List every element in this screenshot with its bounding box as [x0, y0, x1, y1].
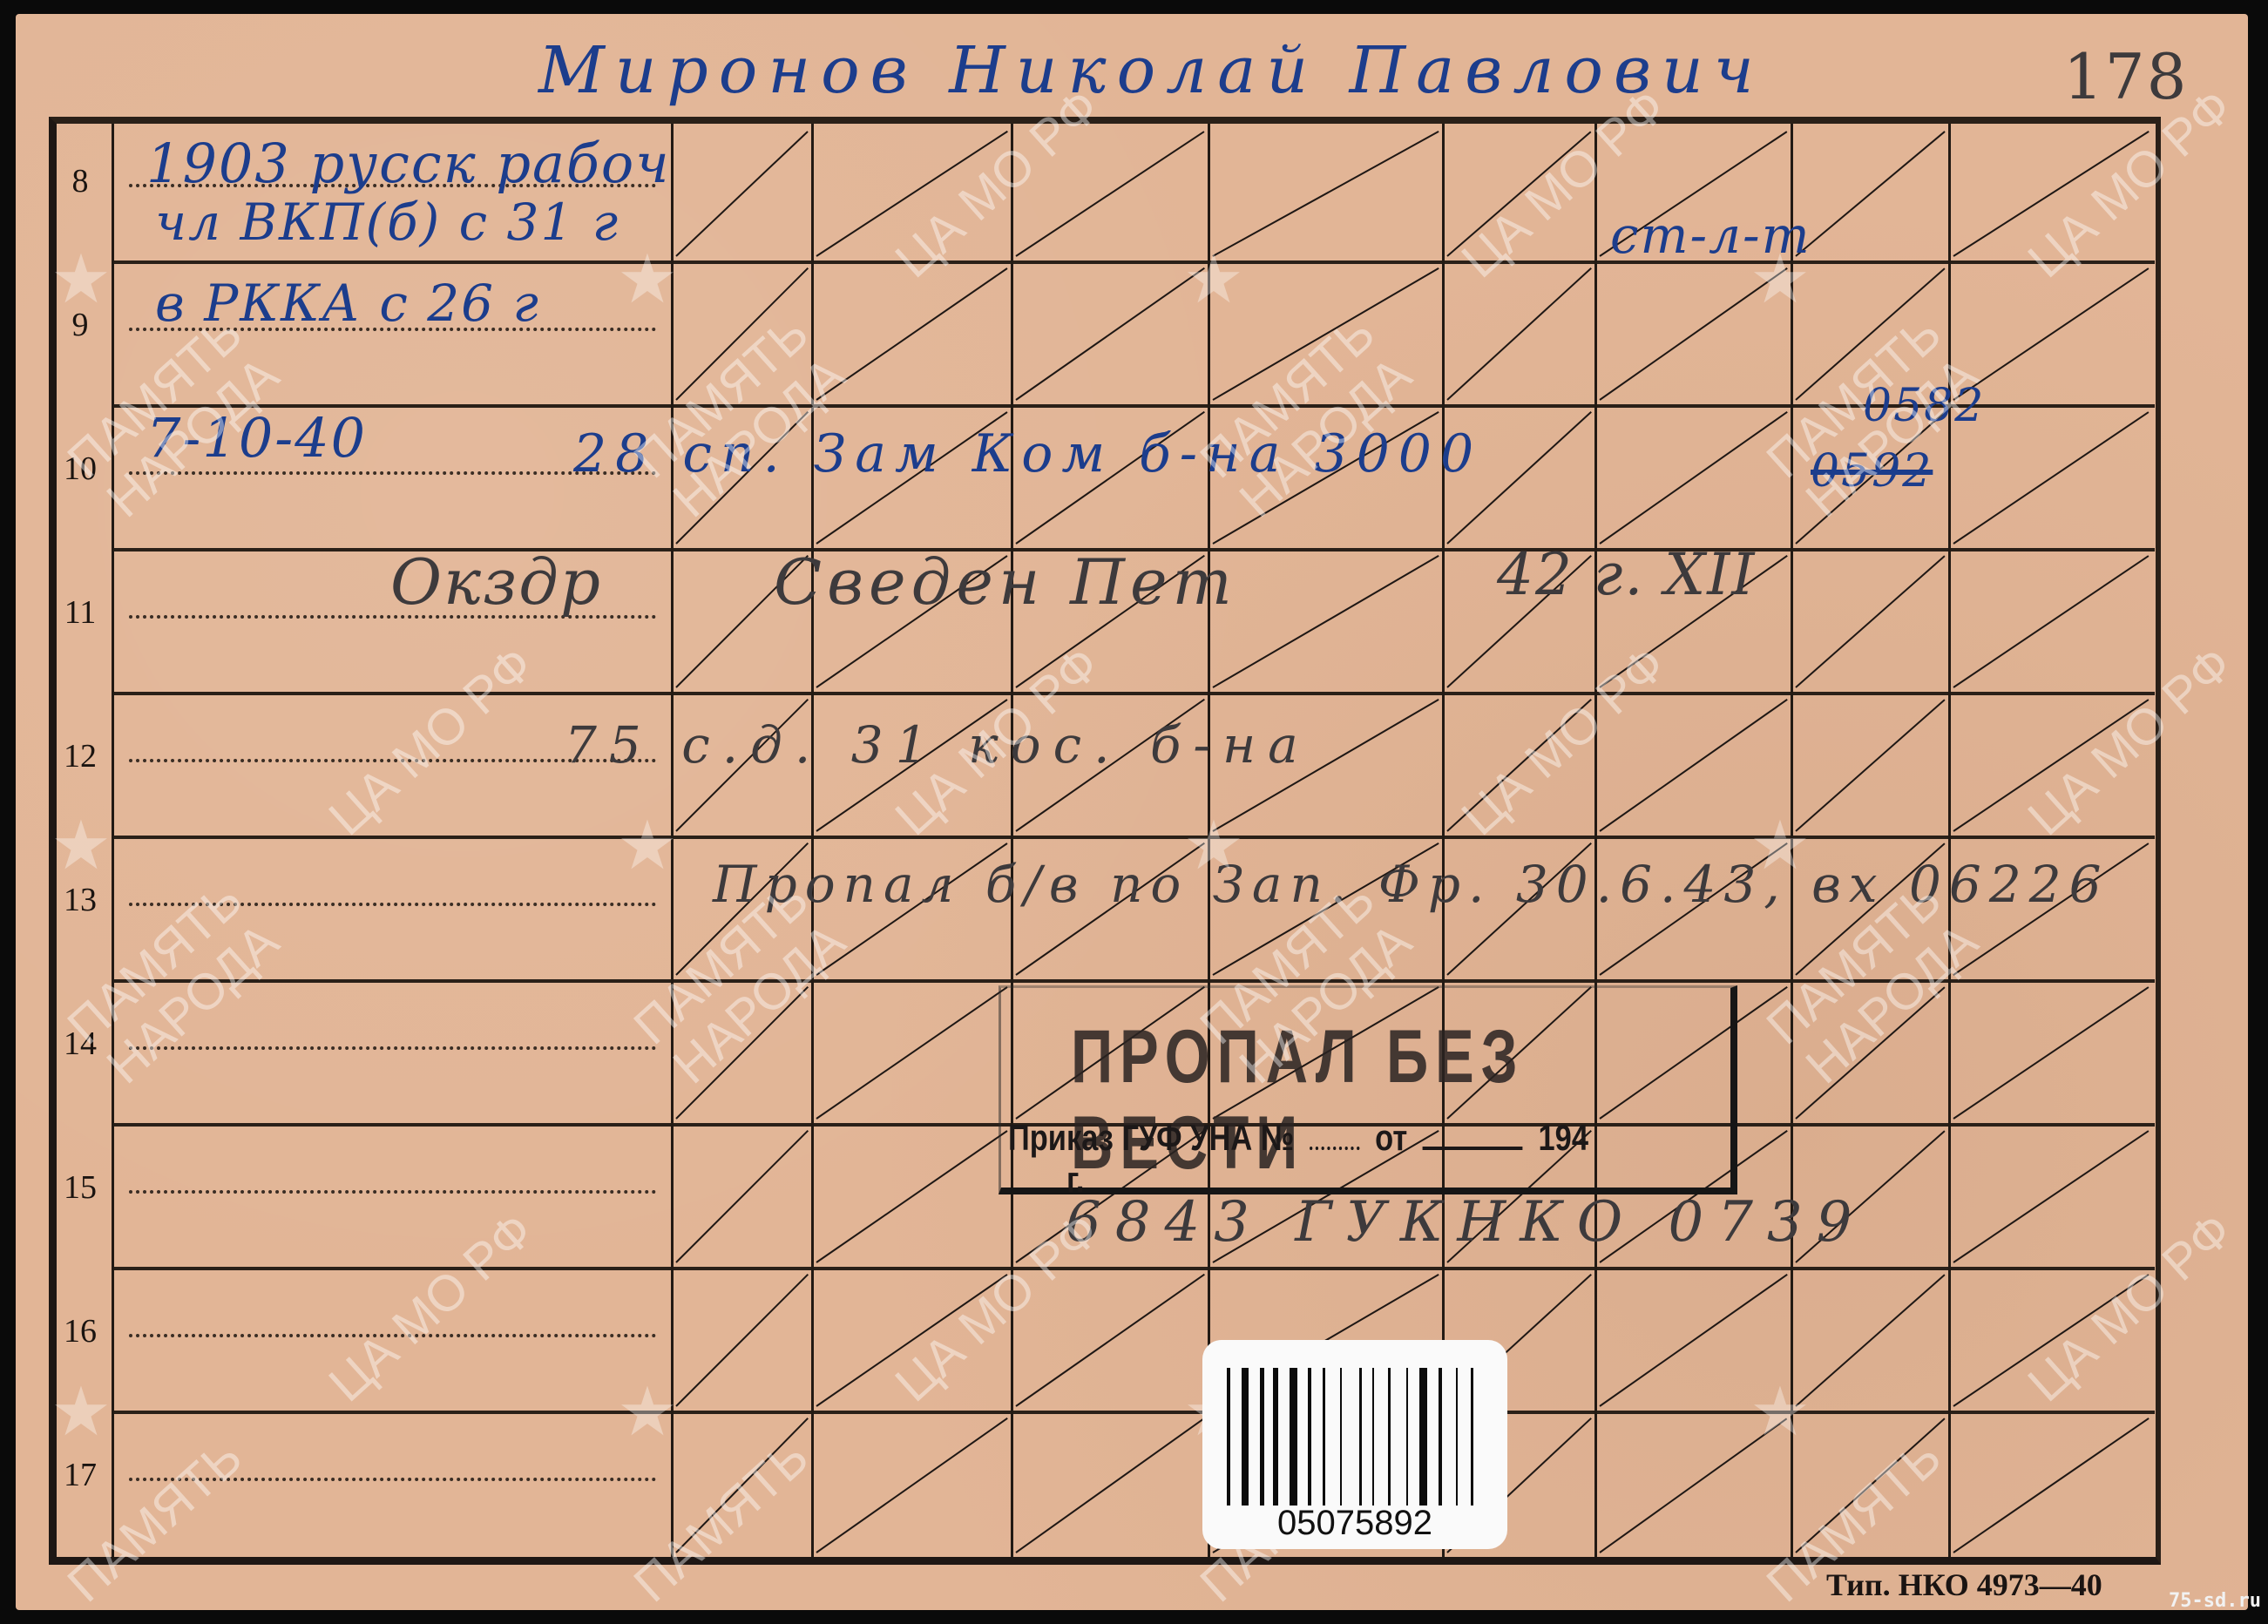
watermark-star-icon: ★ — [1750, 807, 1811, 885]
row-divider — [112, 836, 2155, 839]
row-divider — [112, 1411, 2155, 1414]
watermark-star-icon: ★ — [1183, 240, 1244, 319]
entry-okzdr: Окздр — [390, 545, 602, 619]
stamp-order-line: Приказ ГУФ УНА № от 194 г. — [1008, 1117, 1601, 1201]
watermark-star-icon: ★ — [1750, 240, 1811, 319]
stamp-order-year-suffix: г. — [1066, 1159, 1084, 1200]
missing-in-action-stamp: ПРОПАЛ БЕЗ ВЕСТИ Приказ ГУФ УНА № от 194… — [999, 985, 1737, 1194]
watermark-star-icon: ★ — [1750, 1373, 1811, 1451]
watermark-star-icon: ★ — [1183, 807, 1244, 885]
entry-year-month: 42 г. XII — [1497, 541, 1756, 608]
dotted-line — [129, 1046, 656, 1050]
watermark-star-icon: ★ — [51, 807, 112, 885]
site-watermark: 75-sd.ru — [2169, 1590, 2261, 1612]
stamp-order-from: от — [1375, 1117, 1407, 1158]
column-divider — [1594, 124, 1597, 1557]
watermark-star-icon: ★ — [51, 240, 112, 319]
stamp-order-year: 194 — [1539, 1117, 1588, 1158]
row-number-11: 11 — [45, 593, 115, 632]
row-number-13: 13 — [45, 881, 115, 919]
entry-svedeniya: Сведен Пет — [774, 545, 1237, 619]
watermark-star-icon: ★ — [617, 1373, 678, 1451]
row-divider — [112, 1267, 2155, 1270]
watermark-star-icon: ★ — [51, 1373, 112, 1451]
stamp-order-label: Приказ ГУФ УНА № — [1008, 1117, 1294, 1158]
row-number-17: 17 — [45, 1456, 115, 1494]
printer-imprint: Тип. НКО 4973—40 — [1826, 1566, 2102, 1603]
watermark-star-icon: ★ — [617, 807, 678, 885]
column-divider — [1011, 124, 1013, 1557]
row-divider — [112, 261, 2155, 264]
row-number-16: 16 — [45, 1312, 115, 1350]
barcode-number: 05075892 — [1202, 1504, 1507, 1543]
header-card-number: 178 — [2063, 40, 2188, 113]
barcode-sticker: 05075892 — [1202, 1340, 1507, 1549]
watermark-star-icon: ★ — [617, 240, 678, 319]
entry-party-membership: чл ВКП(б) с 31 г — [155, 193, 619, 252]
column-divider — [1948, 124, 1951, 1557]
header-full-name: Миронов Николай Павлович — [538, 33, 1764, 108]
row-number-12: 12 — [45, 737, 115, 775]
entry-birth-nationality: 1903 русск рабоч — [146, 132, 671, 195]
registration-card: Миронов Николай Павлович 178 8 9 10 11 1… — [16, 14, 2248, 1610]
dotted-line — [129, 1190, 656, 1194]
row-number-15: 15 — [45, 1168, 115, 1207]
row-number-8: 8 — [45, 162, 115, 200]
barcode-icon — [1227, 1368, 1488, 1506]
row-divider — [112, 692, 2155, 695]
